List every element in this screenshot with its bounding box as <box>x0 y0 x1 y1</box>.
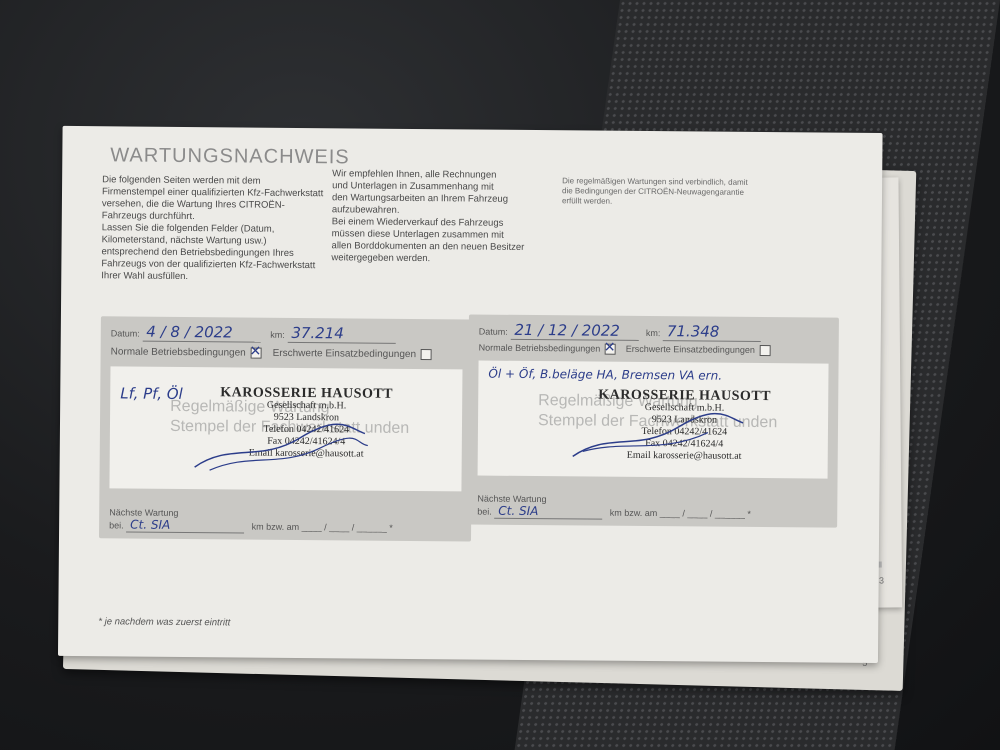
work-note: Öl + Öf, B.beläge HA, Bremsen VA ern. <box>488 367 722 383</box>
stamp-name: KAROSSERIE HAUSOTT <box>220 387 393 401</box>
service-booklet: 5 3 WARTUNGSNACHWEIS Die folgenden Seite… <box>53 109 928 701</box>
work-note: Lf, Pf, Öl <box>120 384 183 403</box>
date-km-row: Datum: 4 / 8 / 2022 km: 37.214 <box>111 322 463 344</box>
conditions-row: Normale Betriebsbedingungen Erschwerte E… <box>479 343 829 357</box>
next-date-blank[interactable]: ____ / ____ / ______ * <box>660 508 751 519</box>
km-label: km: <box>646 328 661 338</box>
normal-conditions-checkbox[interactable] <box>250 348 261 359</box>
severe-conditions-label: Erschwerte Einsatzbedingungen <box>273 348 417 360</box>
km-value[interactable]: 71.348 <box>663 322 761 342</box>
normal-conditions-label: Normale Betriebsbedingungen <box>111 346 246 358</box>
severe-conditions-checkbox[interactable] <box>759 345 770 356</box>
next-service-at-label: bei. <box>477 507 492 517</box>
intro-text-2: Wir empfehlen Ihnen, alle Rechnungen und… <box>331 168 547 266</box>
date-km-row: Datum: 21 / 12 / 2022 km: 71.348 <box>479 321 829 343</box>
date-value[interactable]: 4 / 8 / 2022 <box>142 323 260 343</box>
next-service-value[interactable]: Ct. SIA <box>126 517 244 533</box>
normal-conditions-label: Normale Betriebsbedingungen <box>479 343 601 354</box>
normal-conditions-checkbox[interactable] <box>605 344 616 355</box>
km-label: km: <box>270 330 285 340</box>
stamp-area: Regelmäßige Wartung Stempel der Fachwerk… <box>478 361 829 479</box>
km-value[interactable]: 37.214 <box>287 324 395 344</box>
date-label: Datum: <box>479 327 508 337</box>
next-service-value[interactable]: Ct. SIA <box>494 504 602 520</box>
service-entry-1: Datum: 4 / 8 / 2022 km: 37.214 Normale B… <box>99 316 473 541</box>
date-label: Datum: <box>111 328 140 338</box>
footnote: * je nachdem was zuerst eintritt <box>98 616 230 628</box>
next-service-row: Nächste Wartung bei. Ct. SIA km bzw. am … <box>477 494 827 522</box>
page-title: WARTUNGSNACHWEIS <box>110 144 350 169</box>
severe-conditions-checkbox[interactable] <box>421 349 432 360</box>
next-date-blank[interactable]: ____ / ____ / ______ * <box>302 522 393 533</box>
service-entry-2: Datum: 21 / 12 / 2022 km: 71.348 Normale… <box>467 314 839 527</box>
next-service-at-label: bei. <box>109 520 124 530</box>
intro-text-1: Die folgenden Seiten werden mit dem Firm… <box>101 174 327 284</box>
conditions-row: Normale Betriebsbedingungen Erschwerte E… <box>111 346 463 360</box>
date-value[interactable]: 21 / 12 / 2022 <box>510 321 638 341</box>
page-number-3: 3 <box>879 576 884 586</box>
booklet-front-page: WARTUNGSNACHWEIS Die folgenden Seiten we… <box>58 126 883 663</box>
next-service-row: Nächste Wartung bei. Ct. SIA km bzw. am … <box>109 507 461 535</box>
signature <box>568 411 748 463</box>
stamp-area: Regelmäßige Wartung Stempel der Fachwerk… <box>109 366 462 491</box>
severe-conditions-label: Erschwerte Einsatzbedingungen <box>626 344 755 355</box>
stamp-name: KAROSSERIE HAUSOTT <box>598 390 771 404</box>
intro-text-3: Die regelmäßigen Wartungen sind verbindl… <box>562 176 782 208</box>
km-or-date-label: km bzw. am <box>252 522 300 532</box>
km-or-date-label: km bzw. am <box>610 508 658 518</box>
signature <box>190 422 370 474</box>
